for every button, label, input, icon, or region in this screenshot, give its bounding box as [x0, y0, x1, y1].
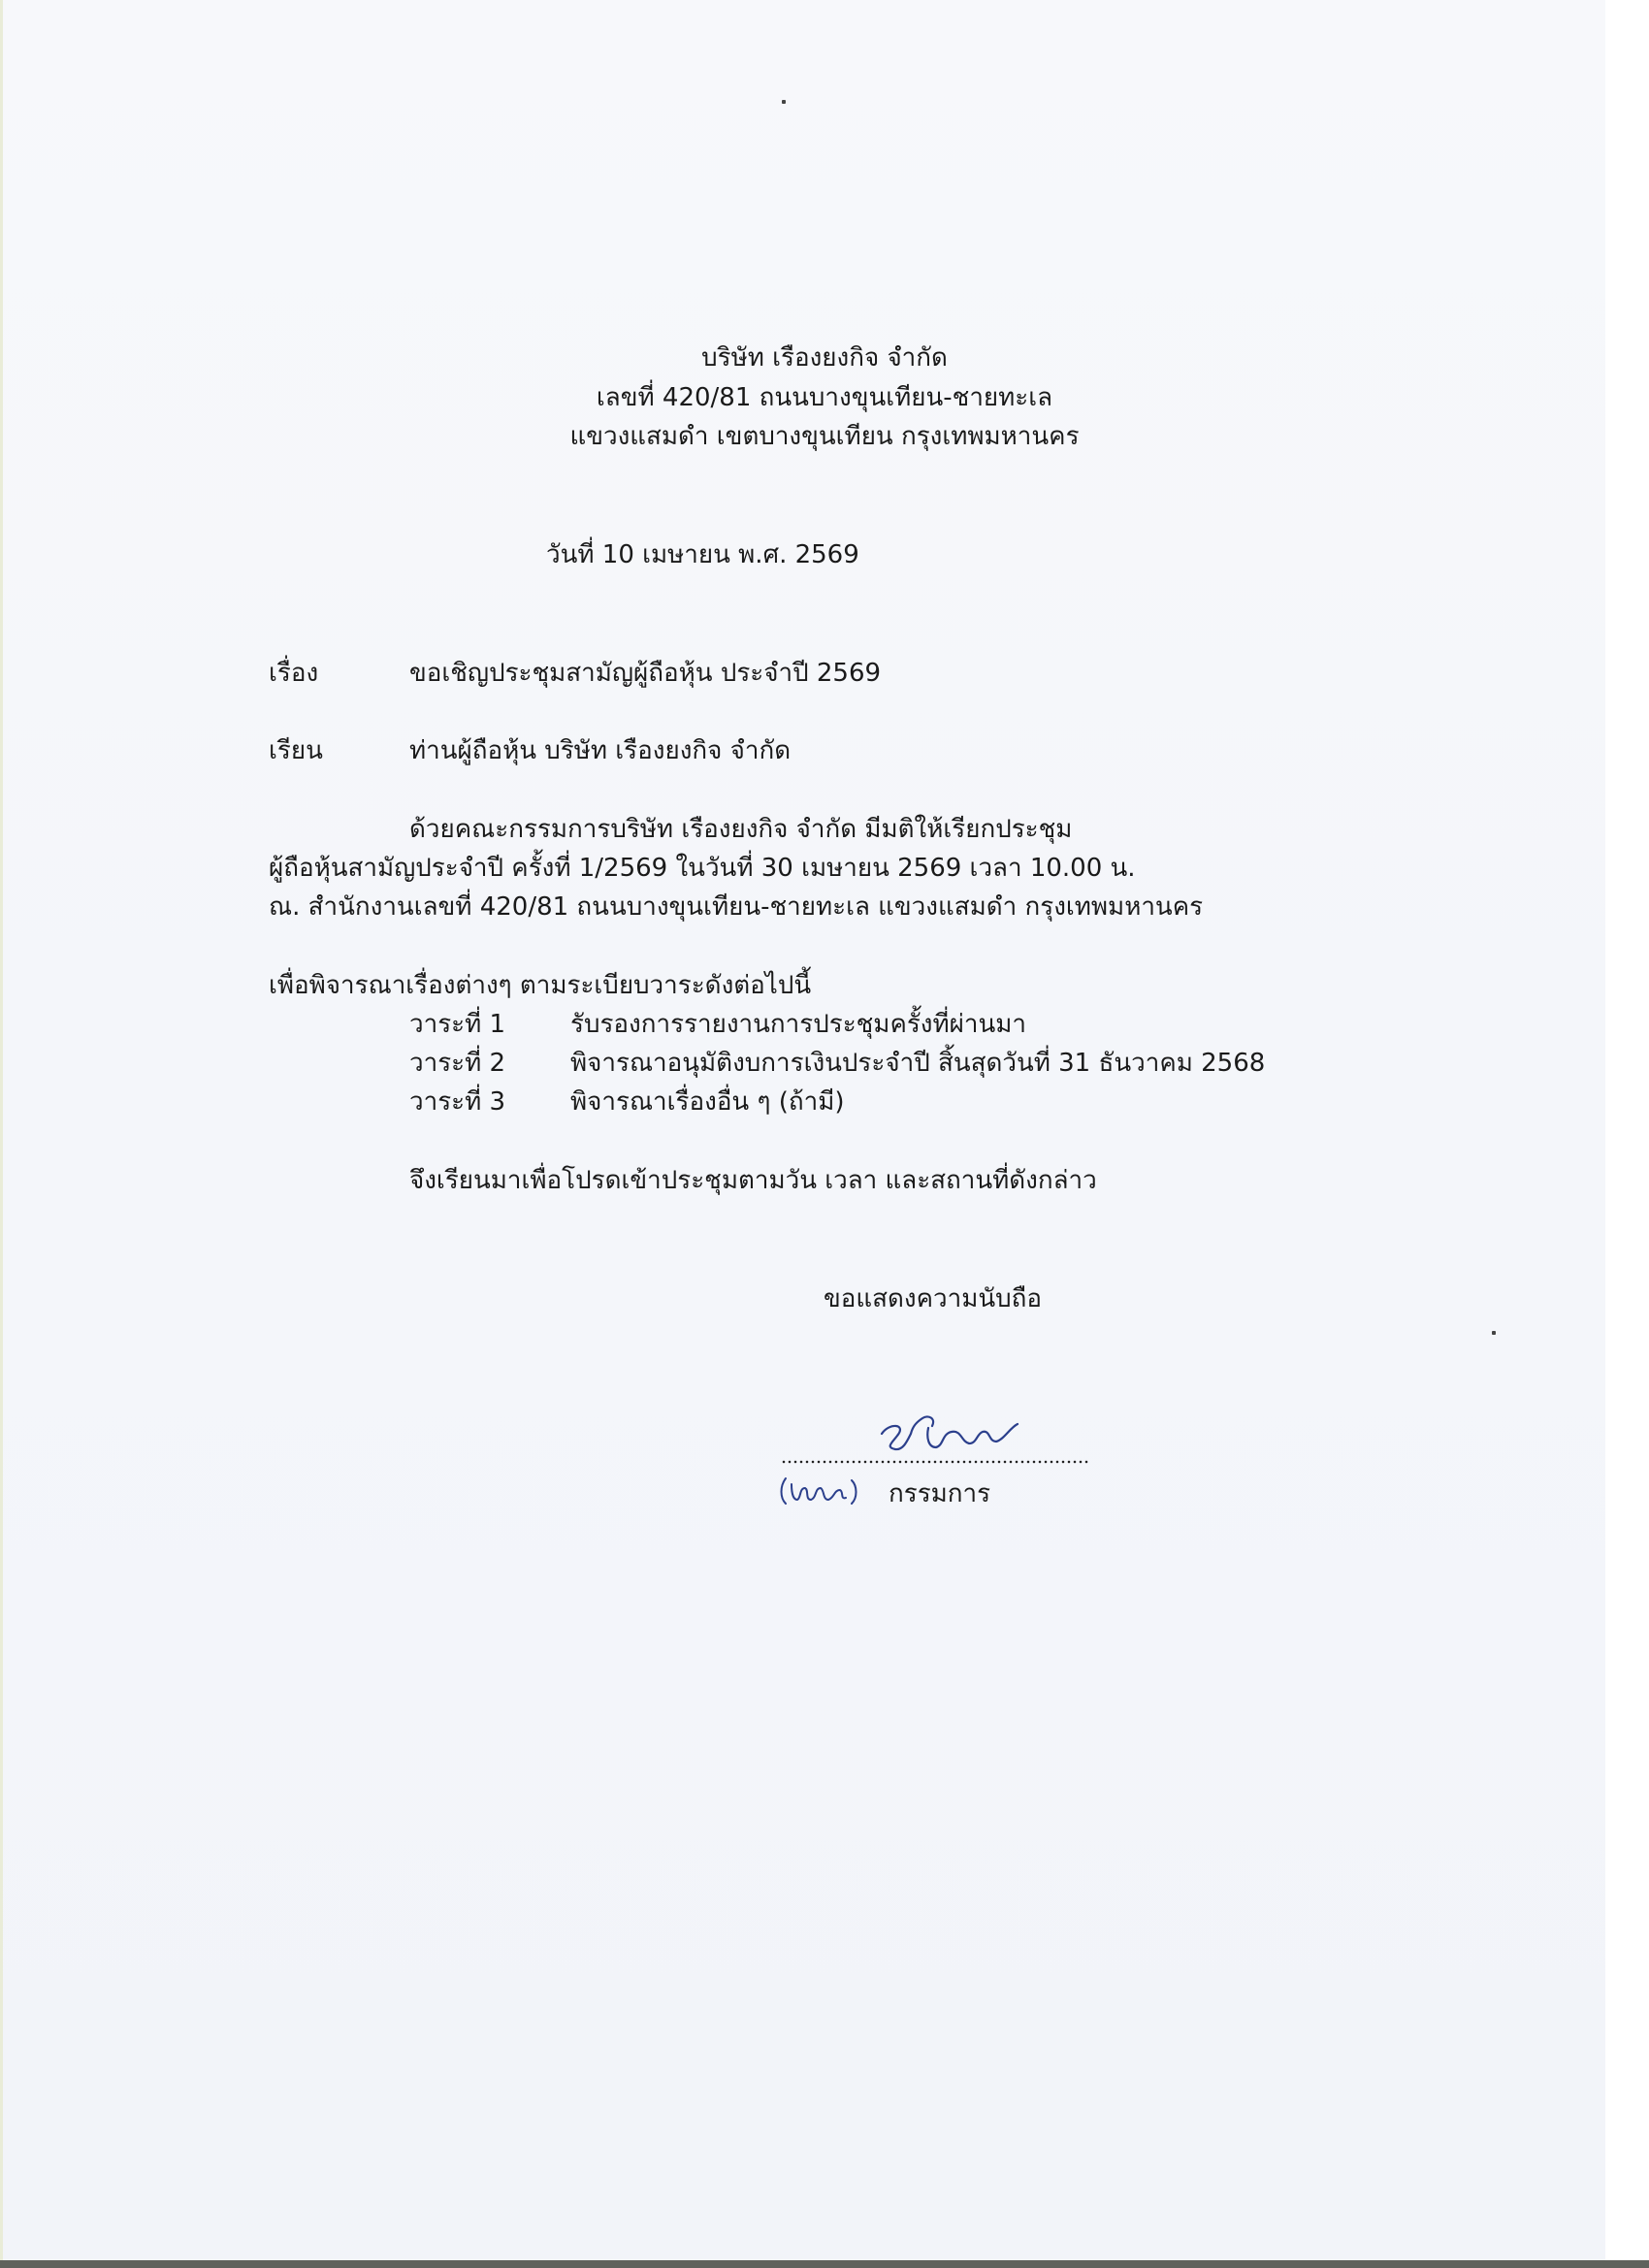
- body-line-2: ผู้ถือหุ้นสามัญประจำปี ครั้งที่ 1/2569 ใ…: [269, 852, 1136, 885]
- scanner-bed-edge: [0, 2260, 1649, 2268]
- agenda-item-1-text: รับรองการรายงานการประชุมครั้งที่ผ่านมา: [570, 1008, 1026, 1041]
- letter-date: วันที่ 10 เมษายน พ.ศ. 2569: [546, 538, 859, 571]
- subject-value: ขอเชิญประชุมสามัญผู้ถือหุ้น ประจำปี 2569: [409, 657, 881, 690]
- handwritten-name: [776, 1474, 865, 1507]
- signature-line: [781, 1460, 1089, 1464]
- agenda-intro: เพื่อพิจารณาเรื่องต่างๆ ตามระเบียบวาระดั…: [269, 969, 811, 1002]
- address-line-1: เลขที่ 420/81 ถนนบางขุนเทียน-ชายทะเล: [388, 381, 1261, 414]
- complimentary-close: ขอแสดงความนับถือ: [824, 1282, 1042, 1315]
- scan-speck: [782, 100, 786, 104]
- agenda-item-2-label: วาระที่ 2: [409, 1047, 505, 1080]
- body-line-1: ด้วยคณะกรรมการบริษัท เรืองยงกิจ จำกัด มี…: [409, 813, 1072, 846]
- agenda-item-1-label: วาระที่ 1: [409, 1008, 505, 1041]
- scan-speck: [1492, 1331, 1496, 1335]
- signatory-title: กรรมการ: [889, 1477, 990, 1510]
- closing-request: จึงเรียนมาเพื่อโปรดเข้าประชุมตามวัน เวลา…: [409, 1164, 1097, 1197]
- page-edge: [0, 0, 3, 2268]
- agenda-item-3-label: วาระที่ 3: [409, 1085, 505, 1118]
- address-line-2: แขวงแสมดำ เขตบางขุนเทียน กรุงเทพมหานคร: [388, 420, 1261, 453]
- company-name: บริษัท เรืองยงกิจ จำกัด: [388, 341, 1261, 374]
- addressee-label: เรียน: [269, 734, 323, 767]
- subject-label: เรื่อง: [269, 657, 318, 690]
- body-line-3: ณ. สำนักงานเลขที่ 420/81 ถนนบางขุนเทียน-…: [269, 891, 1203, 923]
- scanned-page: [0, 0, 1605, 2260]
- scan-margin: [1605, 0, 1649, 2268]
- agenda-item-2-text: พิจารณาอนุมัติงบการเงินประจำปี สิ้นสุดวั…: [570, 1047, 1265, 1080]
- agenda-item-3-text: พิจารณาเรื่องอื่น ๆ (ถ้ามี): [570, 1085, 844, 1118]
- addressee-value: ท่านผู้ถือหุ้น บริษัท เรืองยงกิจ จำกัด: [409, 734, 791, 767]
- handwritten-signature: [868, 1405, 1052, 1461]
